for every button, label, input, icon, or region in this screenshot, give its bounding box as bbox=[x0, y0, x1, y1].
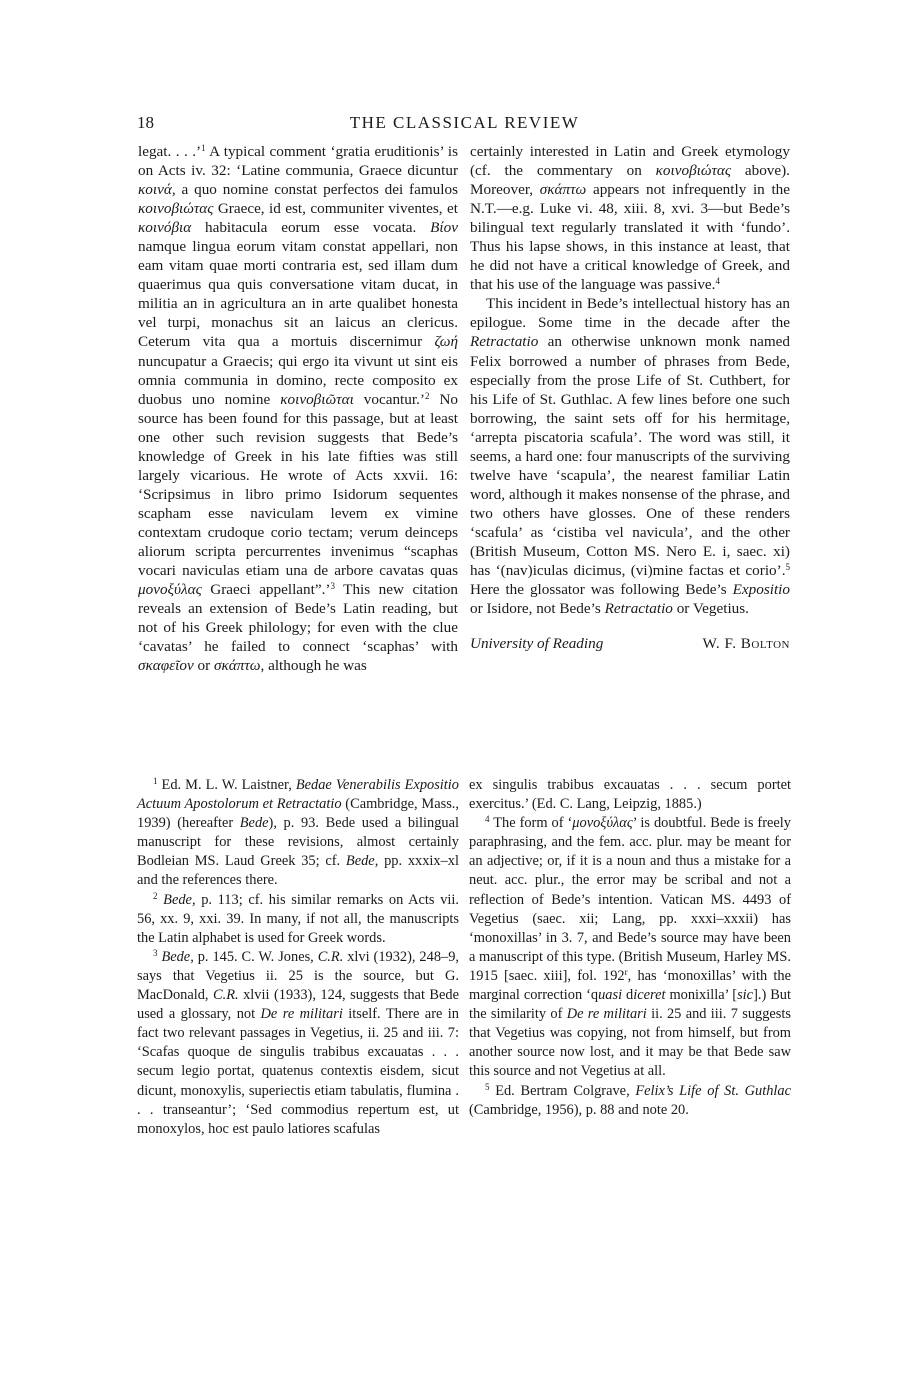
greek-word: μονοξύλας bbox=[138, 581, 202, 598]
footnote-ref-4[interactable]: 4 bbox=[715, 276, 720, 286]
footnote-5: 5 Ed. Bertram Colgrave, Felix’s Life of … bbox=[469, 1082, 791, 1120]
body-paragraph: certainly interested in Latin and Greek … bbox=[470, 142, 790, 294]
greek-word: κοινοβιώτας bbox=[138, 200, 213, 217]
greek-word: κοινά bbox=[138, 181, 172, 198]
footnote-1: 1 Ed. M. L. W. Laistner, Bedae Venerabil… bbox=[137, 776, 459, 891]
footnote-ref-5[interactable]: 5 bbox=[786, 562, 791, 572]
greek-word: κοινόβια bbox=[138, 219, 191, 236]
greek-word: ζωή bbox=[434, 333, 458, 350]
footnote-3: 3 Bede, p. 145. C. W. Jones, C.R. xlvi (… bbox=[137, 948, 459, 1139]
greek-word: σκαφεῖον bbox=[138, 657, 194, 674]
main-text-left-column: legat. . . .’1 A typical comment ‘gratia… bbox=[138, 142, 458, 675]
main-text-right-column: certainly interested in Latin and Greek … bbox=[470, 142, 790, 653]
footnote-3-continued: ex singulis trabibus excauatas . . . sec… bbox=[469, 776, 791, 814]
running-title: THE CLASSICAL REVIEW bbox=[137, 113, 792, 133]
page-header: 18 THE CLASSICAL REVIEW bbox=[137, 113, 792, 135]
greek-word: σκάπτω bbox=[214, 657, 261, 674]
greek-word: Βίον bbox=[430, 219, 458, 236]
greek-word: κοινοβιῶται bbox=[280, 391, 354, 408]
author-name: W. F. Bolton bbox=[702, 634, 790, 653]
footnote-4: 4 The form of ‘μονοξύλας’ is doubtful. B… bbox=[469, 814, 791, 1081]
signature-block: University of Reading W. F. Bolton bbox=[470, 634, 790, 653]
footnotes-left-column: 1 Ed. M. L. W. Laistner, Bedae Venerabil… bbox=[137, 776, 459, 1139]
footnotes-right-column: ex singulis trabibus excauatas . . . sec… bbox=[469, 776, 791, 1120]
affiliation: University of Reading bbox=[470, 634, 603, 653]
body-paragraph: legat. . . .’1 A typical comment ‘gratia… bbox=[138, 142, 458, 675]
greek-word: κοινοβιώτας bbox=[656, 162, 731, 179]
body-paragraph: This incident in Bede’s intellectual his… bbox=[470, 294, 790, 618]
greek-word: σκάπτω bbox=[540, 181, 587, 198]
footnote-2: 2 Bede, p. 113; cf. his similar remarks … bbox=[137, 891, 459, 948]
